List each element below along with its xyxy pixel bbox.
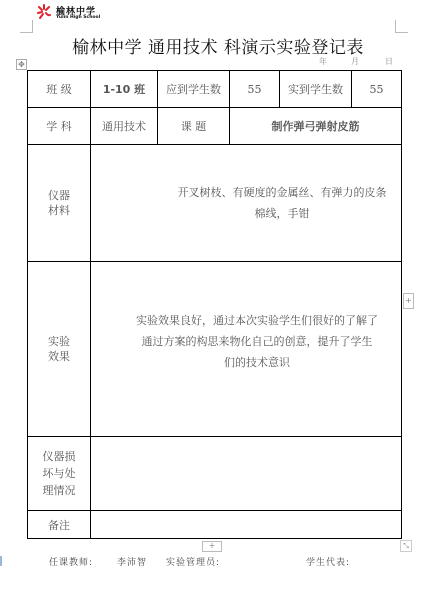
- page-margin-mark-left: [20, 20, 33, 33]
- effect-label-line2: 效果: [28, 349, 90, 364]
- topic-value[interactable]: 制作弹弓弹射皮筋: [230, 108, 402, 145]
- materials-content[interactable]: 开叉树枝、有硬度的金属丝、有弹力的皮条 棉线，手钳: [91, 145, 402, 262]
- teacher-label: 任课教师:: [49, 555, 93, 568]
- add-row-icon[interactable]: +: [202, 541, 222, 552]
- registration-table: 班 级 1-10 班 应到学生数 55 实到学生数 55 学 科 通用技术 课 …: [27, 70, 402, 539]
- paragraph-marker: [0, 556, 2, 566]
- table-row-damage: 仪器损 坏与处 理情况: [28, 437, 402, 511]
- remarks-content[interactable]: [91, 511, 402, 539]
- effect-content[interactable]: 实验效果良好，通过本次实验学生们很好的了解了 通过方案的构思来物化自己的创意，提…: [91, 262, 402, 437]
- table-row-class: 班 级 1-10 班 应到学生数 55 实到学生数 55: [28, 71, 402, 108]
- damage-label-line2: 坏与处: [28, 465, 90, 482]
- expected-students-label: 应到学生数: [158, 71, 230, 108]
- table-row-subject: 学 科 通用技术 课 题 制作弹弓弹射皮筋: [28, 108, 402, 145]
- class-label: 班 级: [28, 71, 91, 108]
- student-rep-label: 学生代表:: [306, 555, 350, 568]
- table-row-effect: 实验 效果 实验效果良好，通过本次实验学生们很好的了解了 通过方案的构思来物化自…: [28, 262, 402, 437]
- expected-students-value[interactable]: 55: [230, 71, 280, 108]
- table-move-handle-icon[interactable]: ✥: [16, 59, 27, 70]
- school-logo: 榆林中学 Yulin High School: [36, 4, 106, 22]
- lab-admin-label: 实验管理员:: [166, 555, 220, 568]
- effect-content-line1: 实验效果良好，通过本次实验学生们很好的了解了: [113, 310, 401, 331]
- damage-label-line3: 理情况: [28, 482, 90, 499]
- add-column-icon[interactable]: +: [403, 293, 414, 309]
- effect-content-line3: 们的技术意识: [113, 352, 401, 373]
- materials-content-line2: 棉线，手钳: [163, 203, 401, 224]
- table-row-remarks: 备注: [28, 511, 402, 539]
- materials-label: 仪器 材料: [28, 145, 91, 262]
- materials-label-line1: 仪器: [28, 188, 90, 203]
- damage-content[interactable]: [91, 437, 402, 511]
- damage-label-line1: 仪器损: [28, 448, 90, 465]
- materials-label-line2: 材料: [28, 203, 90, 218]
- subject-value[interactable]: 通用技术: [91, 108, 158, 145]
- effect-label: 实验 效果: [28, 262, 91, 437]
- teacher-name: 李沛智: [117, 555, 147, 568]
- damage-label: 仪器损 坏与处 理情况: [28, 437, 91, 511]
- actual-students-label: 实到学生数: [280, 71, 352, 108]
- school-logo-icon: [36, 4, 52, 20]
- page-margin-mark-right: [395, 20, 408, 33]
- topic-label: 课 题: [158, 108, 230, 145]
- effect-content-line2: 通过方案的构思来物化自己的创意，提升了学生: [113, 331, 401, 352]
- date-day-label: 日: [385, 56, 393, 67]
- remarks-label: 备注: [28, 511, 91, 539]
- subject-label: 学 科: [28, 108, 91, 145]
- logo-english-name: Yulin High School: [56, 15, 100, 20]
- date-year-label: 年: [319, 56, 327, 67]
- table-row-materials: 仪器 材料 开叉树枝、有硬度的金属丝、有弹力的皮条 棉线，手钳: [28, 145, 402, 262]
- table-resize-icon[interactable]: ⤡: [400, 540, 412, 552]
- page-title: 榆林中学 通用技术 科演示实验登记表: [0, 33, 436, 58]
- date-month-label: 月: [351, 56, 359, 67]
- actual-students-value[interactable]: 55: [352, 71, 402, 108]
- class-value[interactable]: 1-10 班: [91, 71, 158, 108]
- materials-content-line1: 开叉树枝、有硬度的金属丝、有弹力的皮条: [163, 182, 401, 203]
- effect-label-line1: 实验: [28, 334, 90, 349]
